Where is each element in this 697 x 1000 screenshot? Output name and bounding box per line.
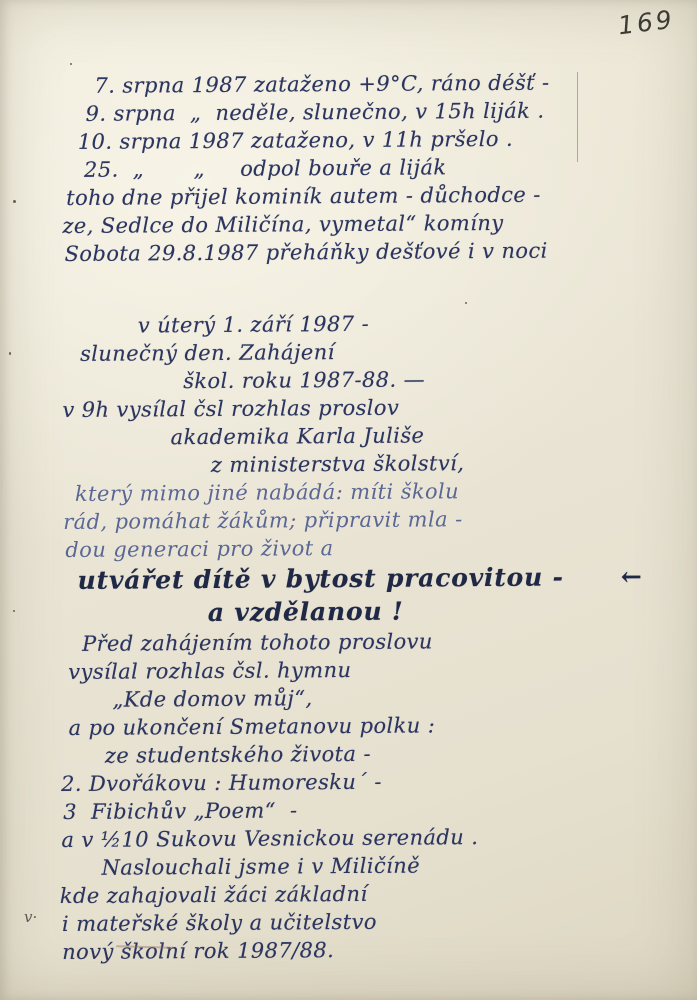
manuscript-line: ze studentského života - <box>105 738 697 770</box>
manuscript-line: v úterý 1. září 1987 - <box>138 308 695 340</box>
section-weather-notes: 7. srpna 1987 zataženo +9°C, ráno déšť -… <box>0 68 697 269</box>
manuscript-line: i mateřské školy a učitelstvo <box>62 906 697 938</box>
manuscript-page: 169 7. srpna 1987 zataženo +9°C, ráno dé… <box>0 0 697 1000</box>
manuscript-line: a vzdělanou ! <box>208 593 697 629</box>
manuscript-line: Naslouchali jsme i v Miličíně <box>102 850 697 882</box>
manuscript-line: a po ukončení Smetanovu polku : <box>69 710 697 742</box>
manuscript-line: 3 Fibichův „Poem“ - <box>63 794 697 826</box>
manuscript-line: slunečný den. Zahájení <box>80 336 695 368</box>
manuscript-line: 25. „ „ odpol bouře a liják <box>84 152 697 184</box>
manuscript-line: škol. roku 1987-88. — <box>183 364 695 396</box>
manuscript-line: ze, Sedlce do Miličína, vymetal“ komíny <box>62 208 697 240</box>
manuscript-line: dou generaci pro život a <box>65 532 696 564</box>
paper-speck <box>13 610 15 612</box>
manuscript-line: vysílal rozhlas čsl. hymnu <box>68 654 697 686</box>
manuscript-line: 10. srpna 1987 zataženo, v 11h pršelo . <box>78 124 697 156</box>
paper-speck <box>13 200 16 203</box>
manuscript-line: který mimo jiné nabádá: míti školu <box>75 476 696 508</box>
manuscript-line: nový školní rok 1987/88. <box>62 934 697 966</box>
manuscript-line: Před zahájením tohoto proslovu <box>82 626 697 658</box>
manuscript-line: „Kde domov můj“, <box>112 682 697 714</box>
manuscript-line: utvářet dítě v bytost pracovitou - ← <box>77 560 696 597</box>
manuscript-line: z ministerstva školství, <box>211 448 696 479</box>
manuscript-content: 7. srpna 1987 zataženo +9°C, ráno déšť -… <box>0 70 697 964</box>
paper-speck <box>9 352 11 355</box>
paper-speck <box>70 63 72 65</box>
page-number: 169 <box>616 5 676 41</box>
manuscript-line: toho dne přijel kominík autem - důchodce… <box>66 180 697 212</box>
manuscript-line: akademika Karla Juliše <box>171 420 696 452</box>
manuscript-line: v 9h vysílal čsl rozhlas proslov <box>62 392 695 424</box>
margin-check-mark: v· <box>24 908 37 926</box>
manuscript-line: rád, pomáhat žákům; připravit mla - <box>63 504 696 536</box>
manuscript-line: a v ½10 Sukovu Vesnickou serenádu . <box>61 822 697 854</box>
section-school-year-opening: v úterý 1. září 1987 -slunečný den. Zahá… <box>0 308 697 967</box>
paper-speck <box>465 302 467 304</box>
manuscript-line: 9. srpna „ neděle, slunečno, v 15h liják… <box>86 96 697 128</box>
manuscript-line: kde zahajovali žáci základní <box>60 878 697 910</box>
manuscript-line: 2. Dvořákovu : Humoresku´ - <box>61 766 697 798</box>
manuscript-line: Sobota 29.8.1987 přeháňky dešťové i v no… <box>64 236 697 268</box>
manuscript-line: 7. srpna 1987 zataženo +9°C, ráno déšť - <box>94 68 696 100</box>
